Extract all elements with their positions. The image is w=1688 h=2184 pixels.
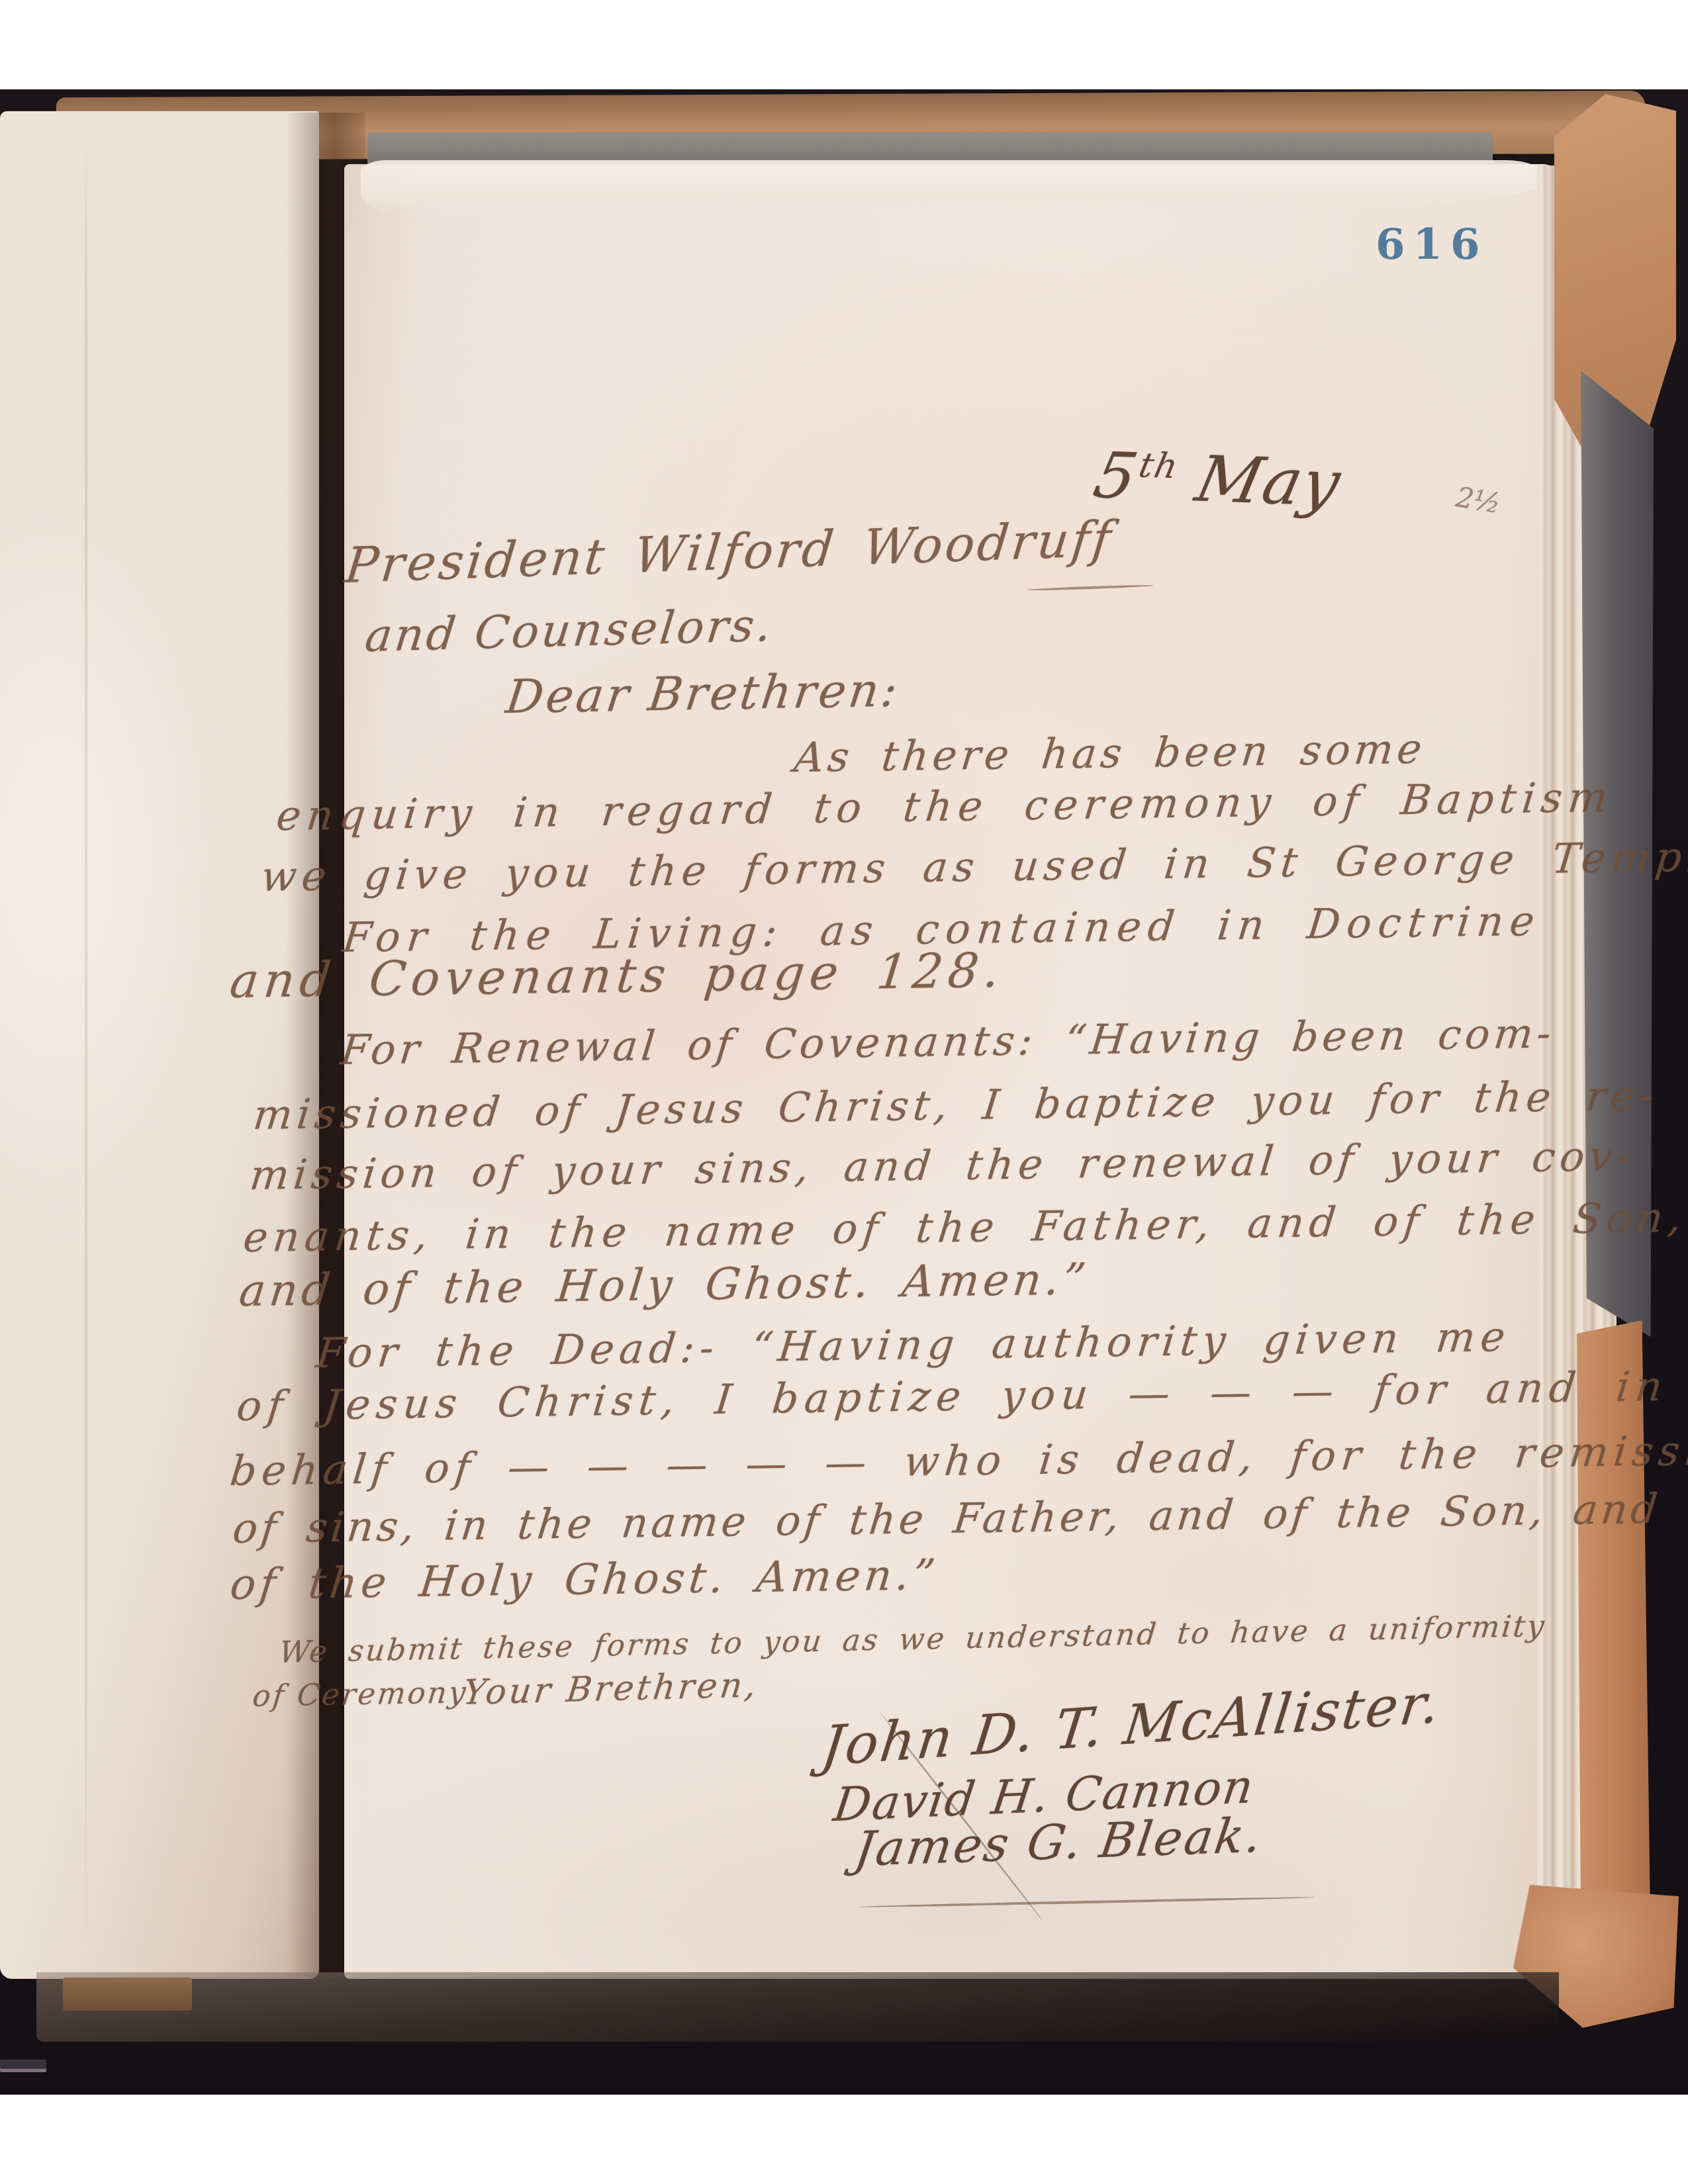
closing-line-3: Your Brethren, xyxy=(461,1665,761,1713)
archival-mark: 2½ xyxy=(1454,480,1503,520)
date-line: 5th May xyxy=(1088,438,1348,520)
scanner-cradle-slot xyxy=(0,2060,46,2069)
page-bottom-shadow xyxy=(36,1972,1559,2042)
left-page-crease xyxy=(85,136,87,1949)
date-month: May xyxy=(1190,442,1348,521)
salutation: Dear Brethren: xyxy=(503,663,903,725)
scanned-document-page: 616 5th May 2½ President Wilford Woodruf… xyxy=(0,0,1688,2184)
page-top-deckle-edge xyxy=(361,160,1546,213)
page-number: 616 xyxy=(1376,220,1488,269)
body-line: of the Holy Ghost. Amen.” xyxy=(228,1551,941,1610)
right-cover-lower-edge xyxy=(1577,1320,1651,1982)
recipient-line-2: and Counselors. xyxy=(362,600,776,662)
body-line: As there has been some xyxy=(792,725,1428,782)
date-ordinal: th xyxy=(1135,446,1182,487)
body-line: and Covenants page 128. xyxy=(227,942,1007,1009)
bottom-left-cover-sliver xyxy=(63,1978,192,2011)
closing-line-2: of Ceremony xyxy=(251,1674,469,1713)
